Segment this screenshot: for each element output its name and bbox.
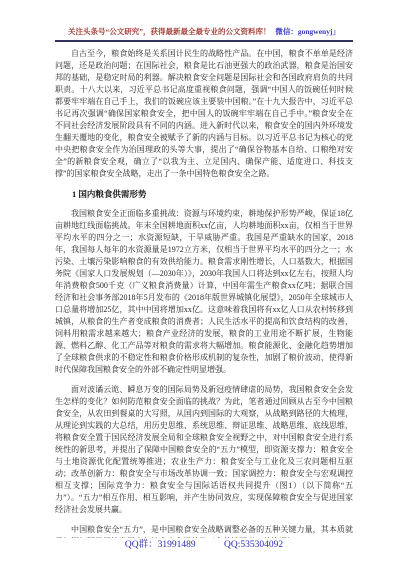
page-footer: QQ群：31991489 QQ:535304092 (0, 536, 408, 550)
document-body: 自古至今，粮食始终是关系国计民生的战略性产品。在中国，粮食不单单是经济问题，还是… (55, 48, 353, 538)
header-wechat-id: 微信：gongwenyj」 (275, 27, 340, 36)
qq-number: QQ:535304092 (224, 540, 283, 550)
page-header: 关注头条号“公文研究”，获得最新最全最专业的公文资料库！ 微信：gongweny… (55, 26, 353, 42)
paragraph-intro: 自古至今，粮食始终是关系国计民生的战略性产品。在中国，粮食不单单是经济问题，还是… (55, 48, 353, 180)
section-heading-domestic-supply: 1 国内粮食供需形势 (55, 188, 353, 200)
qq-group-number: QQ群：31991489 (125, 540, 196, 550)
header-notice-text: 关注头条号“公文研究”，获得最新最全最专业的公文资料库！ (68, 27, 271, 36)
paragraph-challenges: 我国粮食安全正面临多重挑战：资源与环境约束，耕地保护形势严峻，保证18亿亩耕地红… (55, 208, 353, 376)
paragraph-new-thinking: 面对波谲云诡、瞬息万变的国际局势及新冠疫情肆虐的局势，我国粮食安全会发生怎样的变… (55, 384, 353, 516)
document-page: 关注头条号“公文研究”，获得最新最全最专业的公文资料库！ 微信：gongweny… (0, 0, 408, 580)
